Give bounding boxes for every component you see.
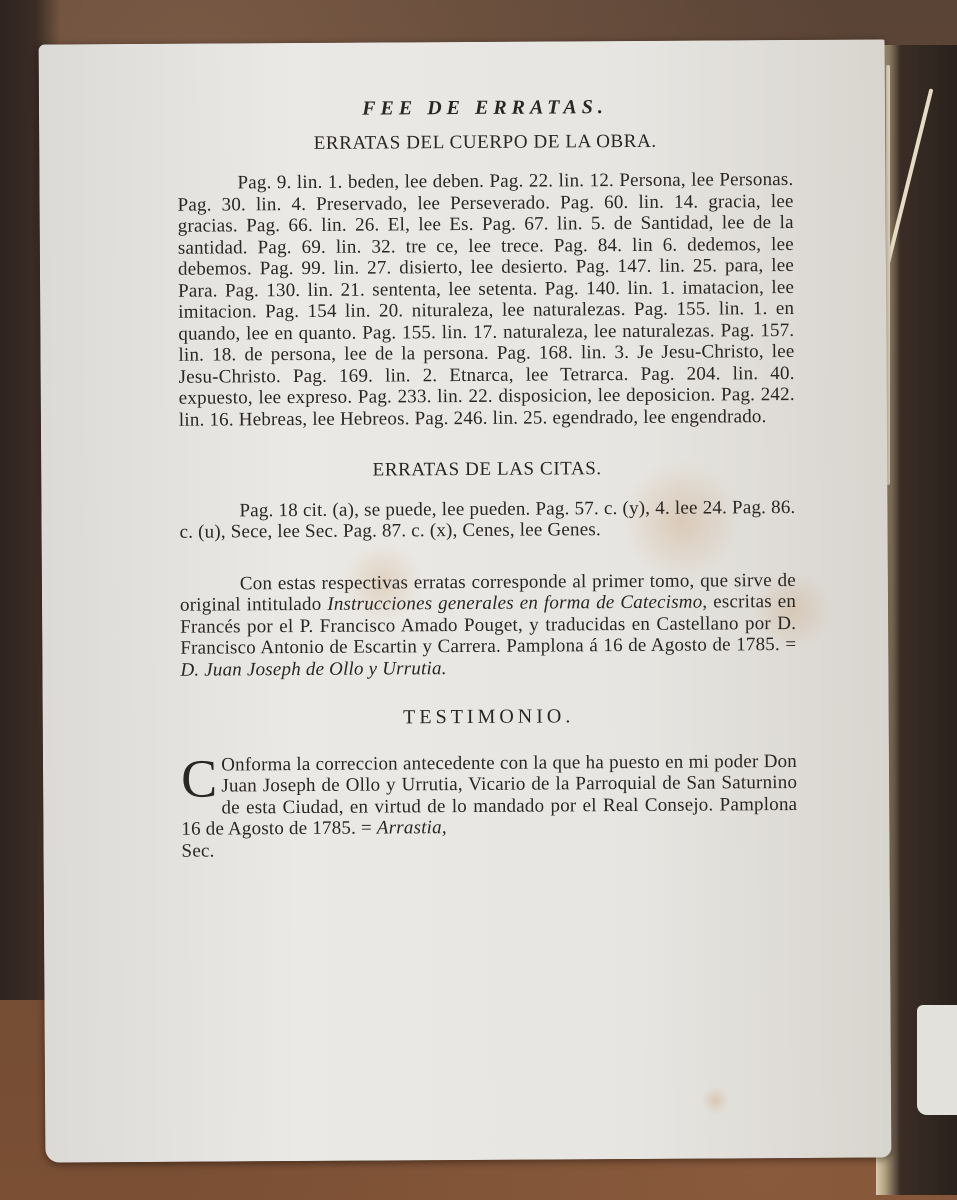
section-heading-body-errata: ERRATAS DEL CUERPO DE LA OBRA. <box>177 129 793 154</box>
section-heading-citation-errata: ERRATAS DE LAS CITAS. <box>179 457 795 482</box>
page-title: FEE DE ERRATAS. <box>177 96 793 121</box>
page-content: FEE DE ERRATAS. ERRATAS DEL CUERPO DE LA… <box>177 90 798 862</box>
testimonio-role: Sec. <box>181 840 214 861</box>
testimonio-signature: Arrastia, <box>377 817 447 838</box>
work-title: Instrucciones generales en forma de Cate… <box>327 592 702 615</box>
citation-errata-list: Pag. 18 cit. (a), se puede, lee pueden. … <box>179 496 795 543</box>
testimonio-paragraph: COnforma la correccion antecedente con l… <box>181 750 798 861</box>
closing-paragraph: Con estas respectivas erratas correspond… <box>180 569 797 680</box>
section-heading-testimonio: TESTIMONIO. <box>181 705 797 730</box>
closing-signature: D. Juan Joseph de Ollo y Urrutia. <box>180 658 446 681</box>
body-errata-list: Pag. 9. lin. 1. beden, lee deben. Pag. 2… <box>177 169 795 431</box>
drop-cap: C <box>181 754 221 800</box>
document-page: FEE DE ERRATAS. ERRATAS DEL CUERPO DE LA… <box>39 39 892 1162</box>
testimonio-text: Onforma la correccion antecedente con la… <box>181 750 797 839</box>
torn-page-fragment <box>917 1005 957 1115</box>
